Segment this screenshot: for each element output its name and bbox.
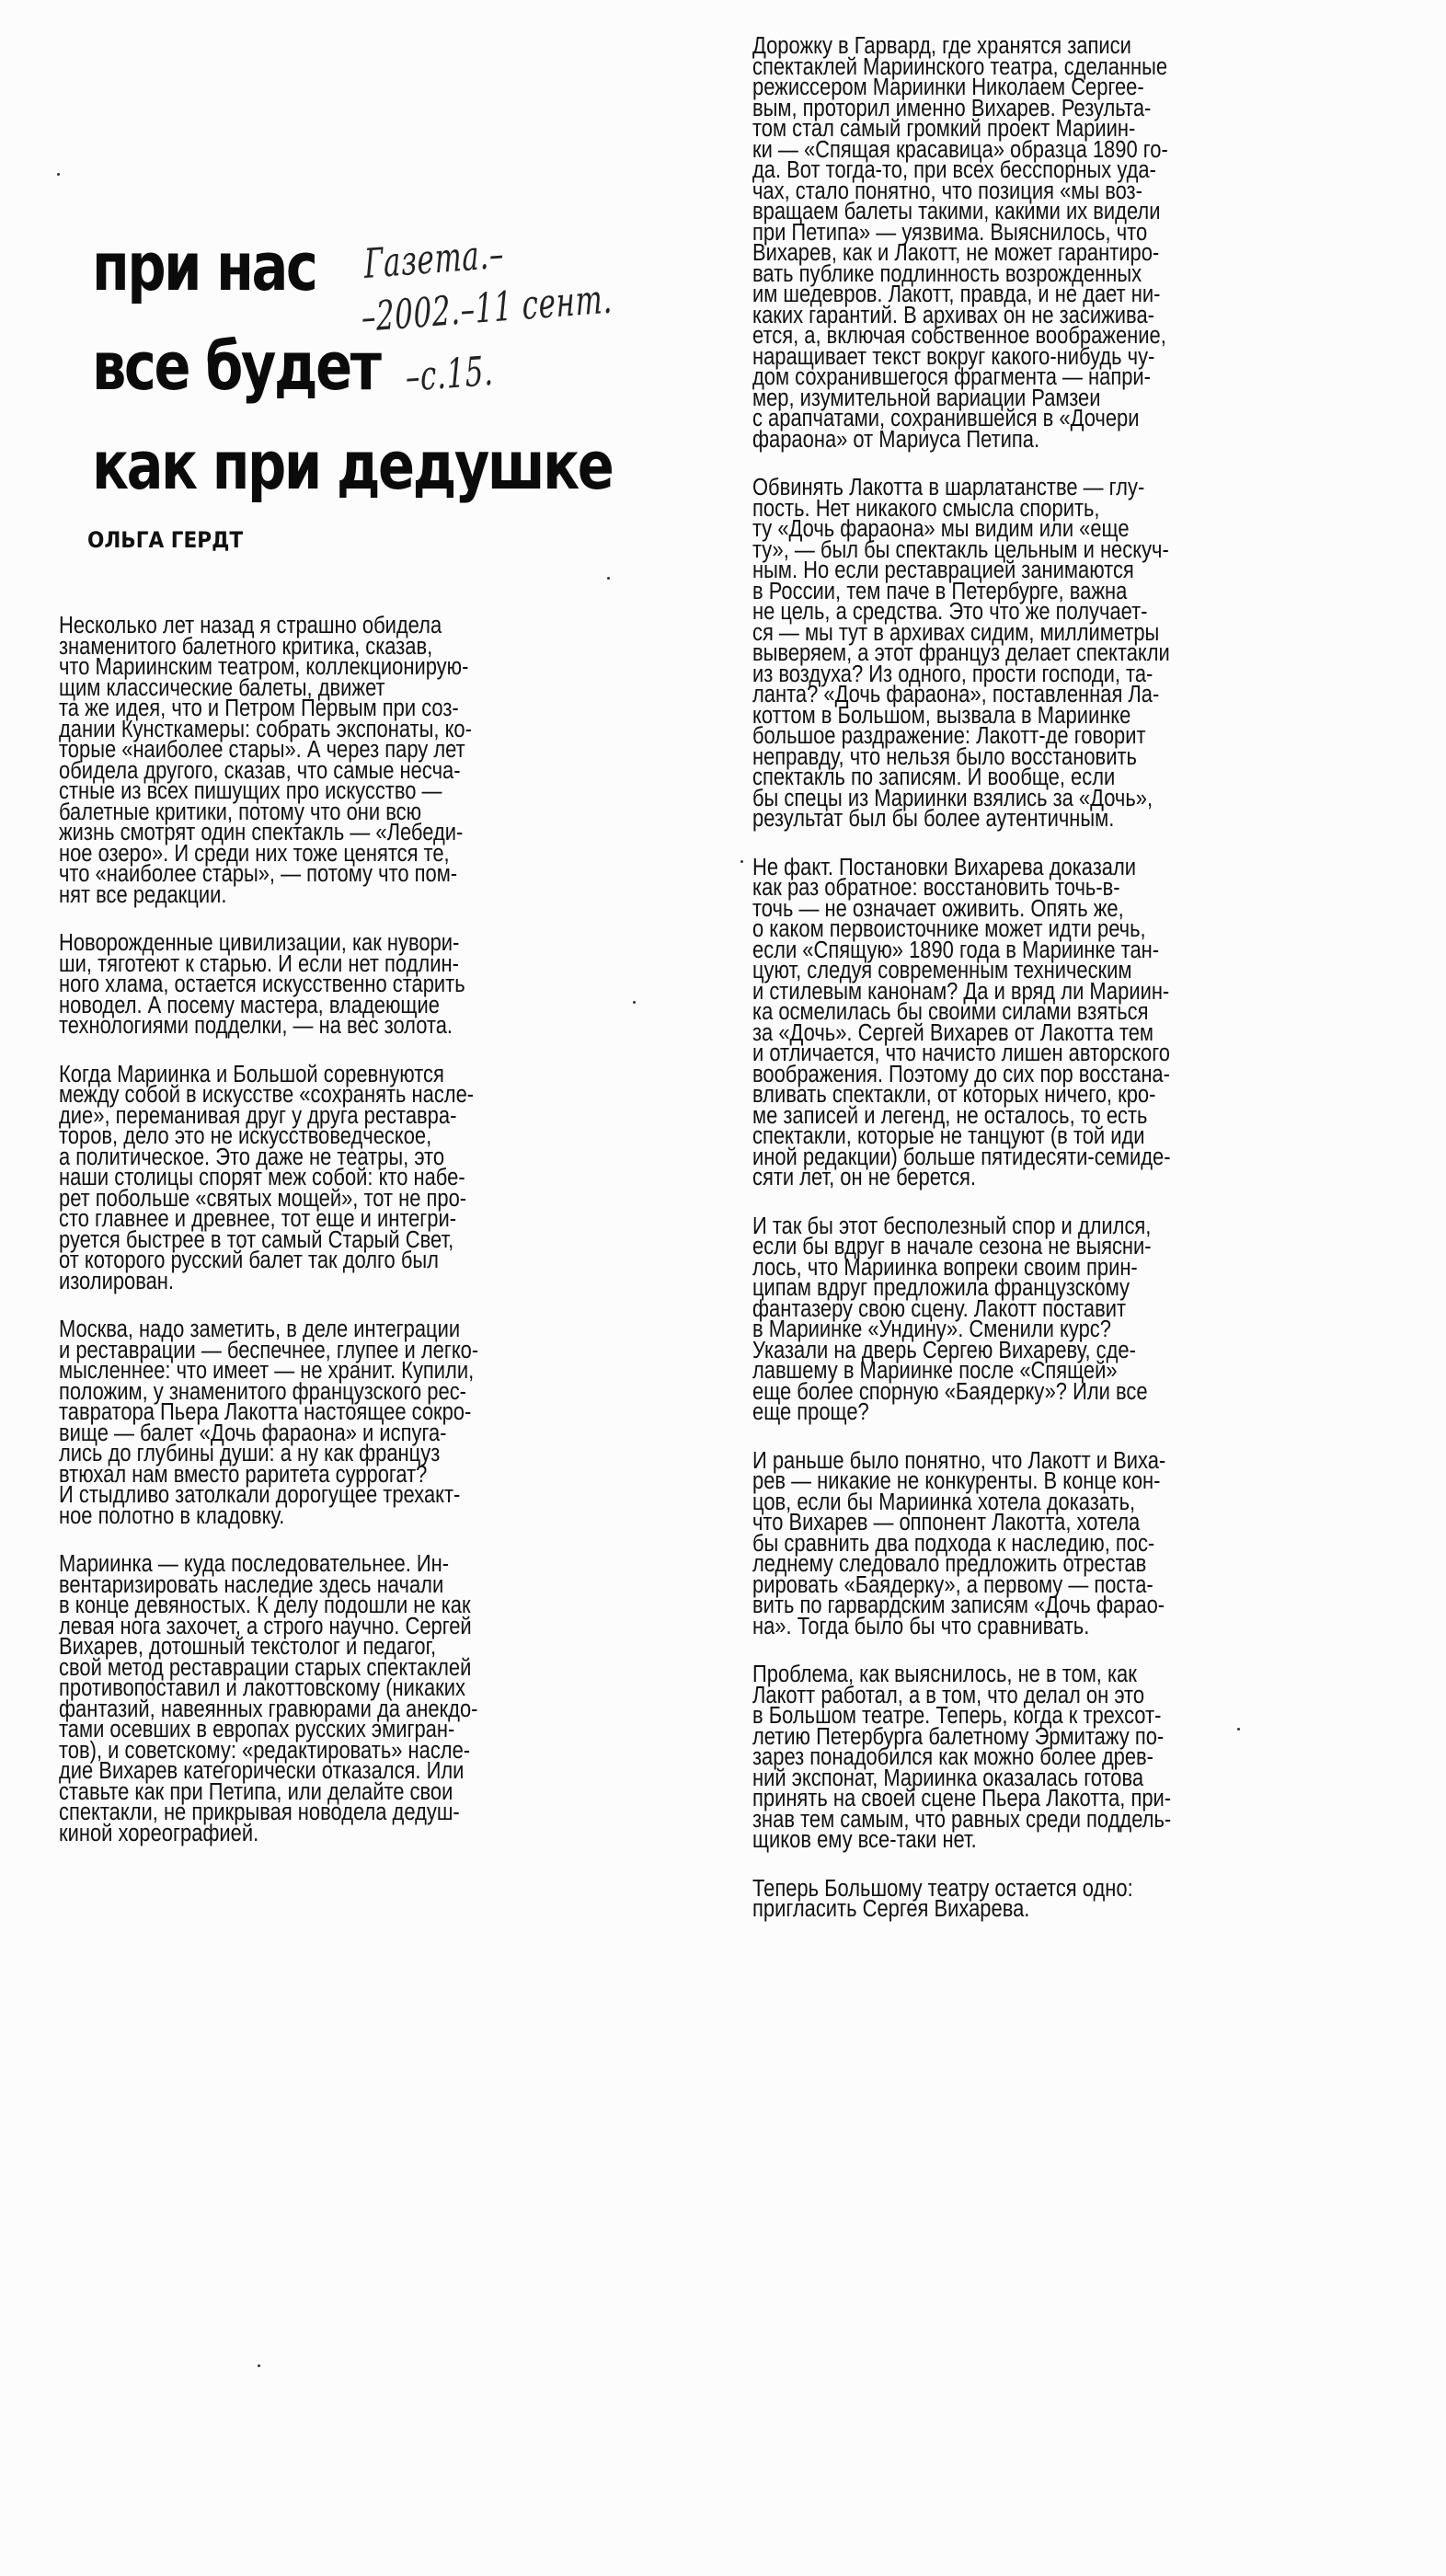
- author-byline: ОЛЬГА ГЕРДТ: [87, 527, 243, 553]
- paragraph: Теперь Большому театру остается одно: пр…: [752, 1879, 1354, 1920]
- paragraph: Обвинять Лакотта в шарлатанстве — глу- п…: [752, 477, 1354, 830]
- scan-speck: [633, 1001, 636, 1004]
- headline-line-2: все будет: [92, 316, 612, 416]
- left-column: Несколько лет назад я страшно обидела зн…: [59, 615, 613, 1871]
- paragraph: Не факт. Постановки Вихарева доказали ка…: [752, 857, 1354, 1189]
- paragraph: Когда Мариинка и Большой соревнуются меж…: [59, 1064, 613, 1293]
- paragraph: Несколько лет назад я страшно обидела зн…: [59, 615, 613, 905]
- scan-speck: [258, 2364, 260, 2367]
- scan-speck: [1237, 1728, 1240, 1731]
- paragraph: Мариинка — куда последовательнее. Ин- ве…: [59, 1554, 613, 1844]
- scan-speck: [607, 577, 610, 580]
- scanned-newspaper-page: при нас все будет как при дедушке Газета…: [0, 0, 1446, 2576]
- scan-speck: [740, 860, 743, 863]
- right-column: Дорожку в Гарвард, где хранятся записи с…: [752, 36, 1354, 1948]
- paragraph: Дорожку в Гарвард, где хранятся записи с…: [752, 36, 1354, 450]
- paragraph: Москва, надо заметить, в деле интеграции…: [59, 1319, 613, 1526]
- headline-line-3: как при дедушке: [92, 416, 612, 515]
- handwritten-source-note-line-3: –с.15.: [405, 348, 494, 401]
- paragraph: Проблема, как выяснилось, не в том, как …: [752, 1664, 1354, 1851]
- paragraph: И раньше было понятно, что Лакотт и Виха…: [752, 1451, 1354, 1638]
- paragraph: Новорожденные цивилизации, как нувори- ш…: [59, 933, 613, 1037]
- article-headline: при нас все будет как при дедушке: [92, 217, 612, 515]
- paragraph: И так бы этот бесполезный спор и длился,…: [752, 1216, 1354, 1423]
- scan-speck: [57, 173, 60, 176]
